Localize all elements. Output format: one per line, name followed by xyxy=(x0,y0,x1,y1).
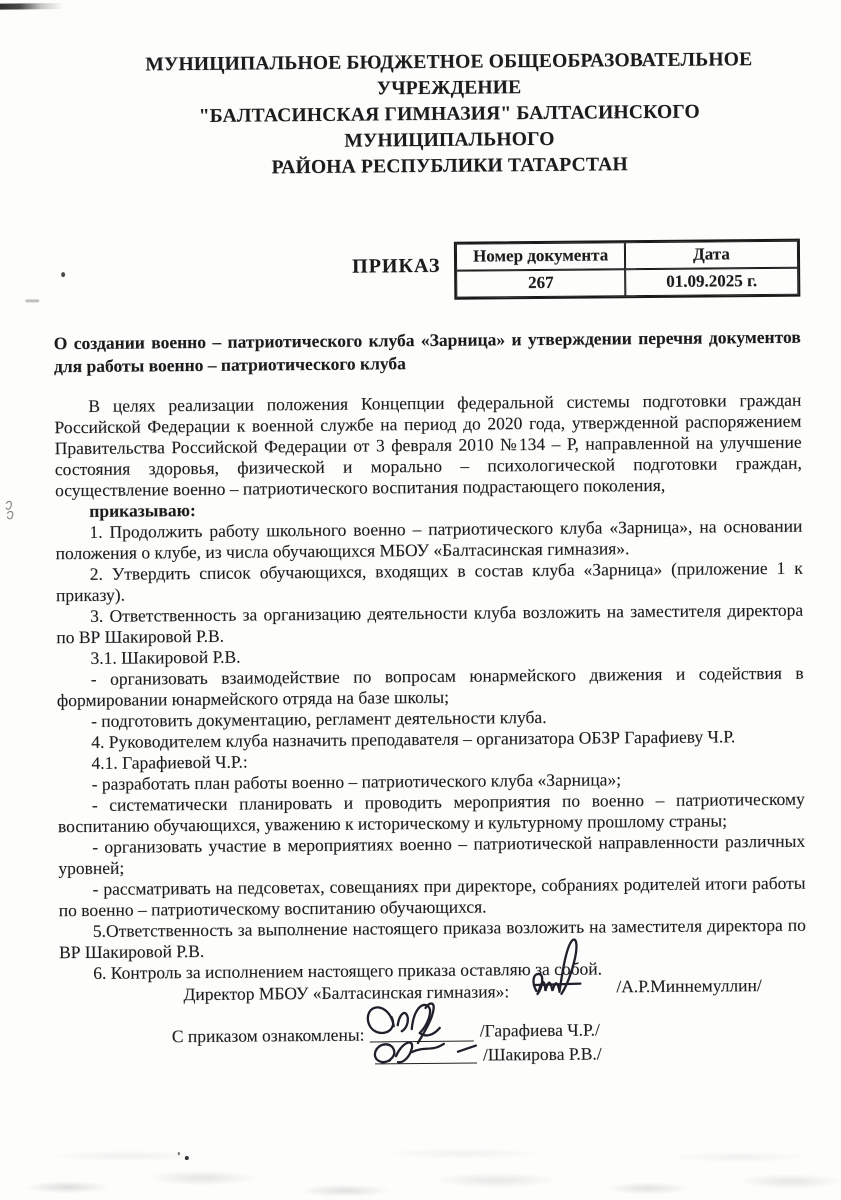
org-header-line: РАЙОНА РЕСПУБЛИКИ ТАТАРСТАН xyxy=(100,151,799,183)
table-value-row: 267 01.09.2025 г. xyxy=(456,268,798,298)
org-header-line: "БАЛТАСИНСКАЯ ГИМНАЗИЯ" БАЛТАСИНСКОГО МУ… xyxy=(100,99,799,157)
scan-area: МУНИЦИПАЛЬНОЕ БЮДЖЕТНОЕ ОБЩЕОБРАЗОВАТЕЛЬ… xyxy=(0,0,841,1200)
body-paragraph: - рассматривать на педсоветах, совещания… xyxy=(58,872,805,921)
body-paragraph: В целях реализации положения Концепции ф… xyxy=(54,389,802,501)
document-content: МУНИЦИПАЛЬНОЕ БЮДЖЕТНОЕ ОБЩЕОБРАЗОВАТЕЛЬ… xyxy=(51,47,806,984)
doc-date-header-cell: Дата xyxy=(625,241,798,270)
scan-noise-band xyxy=(0,1142,841,1200)
scan-speck xyxy=(61,272,65,277)
order-meta-table: Номер документа Дата 267 01.09.2025 г. xyxy=(454,239,800,300)
table-header-row: Номер документа Дата xyxy=(456,241,798,271)
scan-smudge-top-left xyxy=(0,3,67,10)
order-title-row: ПРИКАЗ Номер документа Дата 267 01.09.20… xyxy=(53,239,800,304)
doc-date-value-cell: 01.09.2025 г. xyxy=(625,268,798,297)
body-paragraph: - организовать взаимодействие по вопроса… xyxy=(57,662,804,711)
director-name: /А.Р.Миннемуллин/ xyxy=(616,975,762,997)
body-paragraph: - систематически планировать и проводить… xyxy=(58,788,805,837)
body-paragraph: 3. Ответственность за организацию деятел… xyxy=(56,599,803,648)
body-paragraphs: В целях реализации положения Концепции ф… xyxy=(54,389,806,983)
acknowledged-name-1: /Гарафиева Ч.Р./ xyxy=(480,1019,600,1041)
signature-block: Директор МБОУ «Балтасинская гимназия»: /… xyxy=(3,924,841,1121)
scan-speck xyxy=(25,299,39,302)
order-subject: О создании военно – патриотического клуб… xyxy=(54,326,801,379)
stray-mark: ʼ xyxy=(612,110,617,127)
body-paragraph: 1. Продолжить работу школьного военно – … xyxy=(55,515,802,564)
scanned-order-document: МУНИЦИПАЛЬНОЕ БЮДЖЕТНОЕ ОБЩЕОБРАЗОВАТЕЛЬ… xyxy=(0,0,841,1200)
acknowledged-label: С приказом ознакомлены: xyxy=(172,1025,365,1048)
organization-header: МУНИЦИПАЛЬНОЕ БЮДЖЕТНОЕ ОБЩЕОБРАЗОВАТЕЛЬ… xyxy=(99,47,799,183)
acknowledged-name-2: /Шакирова Р.В./ xyxy=(483,1043,602,1065)
org-header-line: МУНИЦИПАЛЬНОЕ БЮДЖЕТНОЕ ОБЩЕОБРАЗОВАТЕЛЬ… xyxy=(99,47,798,105)
doc-number-header-cell: Номер документа xyxy=(456,242,625,270)
body-paragraph: - организовать участие в мероприятиях во… xyxy=(58,830,805,879)
margin-scribble xyxy=(3,497,21,521)
director-signature-icon xyxy=(527,937,588,1002)
order-title: ПРИКАЗ xyxy=(352,242,441,279)
doc-number-value-cell: 267 xyxy=(456,269,625,297)
body-paragraph: 2. Утвердить список обучающихся, входящи… xyxy=(56,557,803,606)
